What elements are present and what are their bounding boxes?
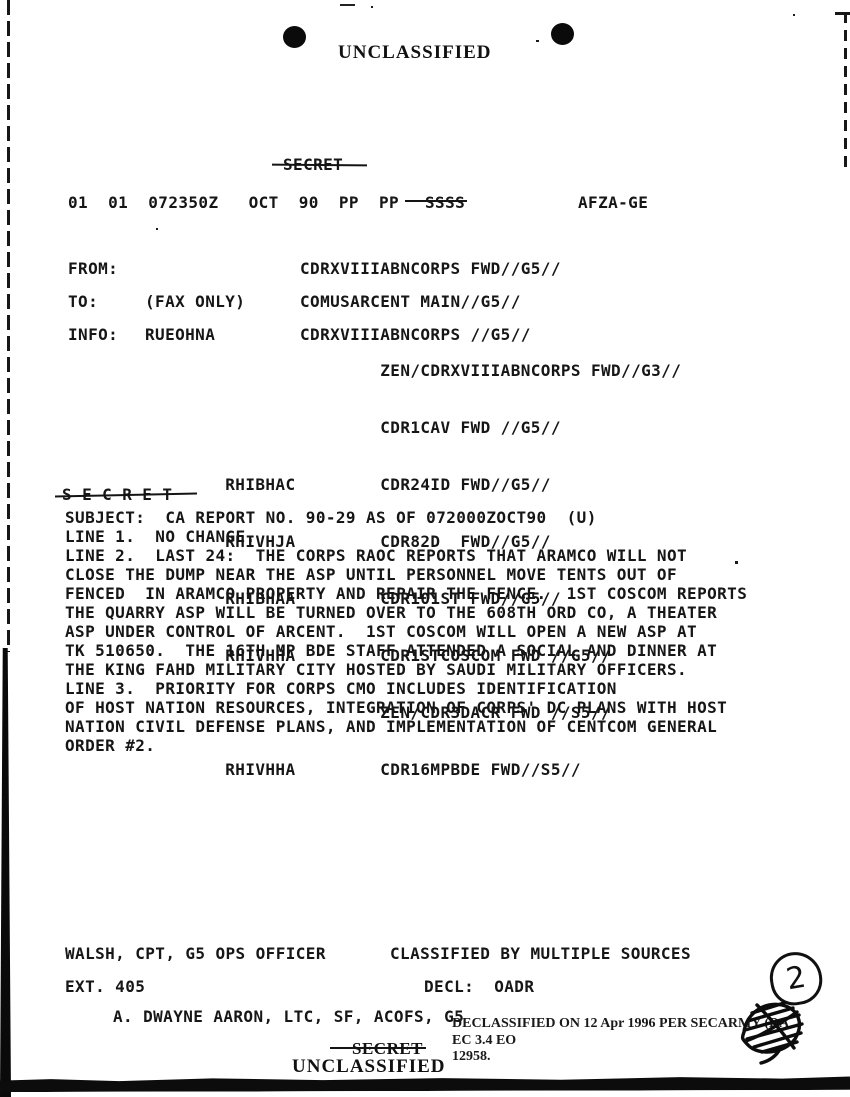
addressee: CDR1CAV FWD //G5// [380,418,561,437]
addressee: CDR16MPBDE FWD//S5// [380,760,581,779]
to-value: COMUSARCENT MAIN//G5// [300,292,521,311]
classification-code-strikethrough [405,200,467,202]
page-number-digit: 2 [784,960,809,998]
message-body-line: THE KING FAHD MILITARY CITY HOSTED BY SA… [65,660,825,679]
message-body-line: ASP UNDER CONTROL OF ARCENT. 1ST COSCOM … [65,622,825,641]
hole-punch-left [283,26,306,48]
drafter-line: WALSH, CPT, G5 OPS OFFICER [65,944,326,963]
message-body-line: LINE 3. PRIORITY FOR CORPS CMO INCLUDES … [65,679,825,698]
office-symbol: AFZA-GE [578,193,648,212]
message-body-line: TK 510650. THE 16TH MP BDE STAFF ATTENDE… [65,641,825,660]
message-body-line: ORDER #2. [65,736,825,755]
top-center-mark [340,4,355,6]
routing-indicator: RHIVHHA [225,760,380,779]
scan-speck [536,40,539,42]
message-body-line: NATION CIVIL DEFENSE PLANS, AND IMPLEMEN… [65,717,825,736]
ink-scribble-redaction [736,994,816,1066]
routing-indicator: RHIBHAC [225,475,380,494]
right-margin-dashed-line [844,12,847,174]
classification-banner-bottom: UNCLASSIFIED [292,1056,445,1078]
right-margin-corner-tick [835,12,850,15]
message-body-line: LINE 1. NO CHANGE. [65,527,825,546]
secret-bottom-strikethrough [330,1047,426,1049]
to-label: TO: [68,292,98,311]
struck-classification-code: SSSS [425,193,465,212]
message-body-line: FENCED IN ARAMCO PROPERTY AND REPAIR THE… [65,584,825,603]
scan-speck [371,6,373,8]
decl-line: DECL: OADR [424,977,534,996]
releaser-line: A. DWAYNE AARON, LTC, SF, ACOFS, G5 [113,1007,464,1026]
message-body-line: OF HOST NATION RESOURCES, INTEGRATION OF… [65,698,825,717]
bottom-scan-bar [0,1076,850,1092]
classified-by-line: CLASSIFIED BY MULTIPLE SOURCES [390,944,691,963]
scanned-document-page: UNCLASSIFIED SECRET 01 01 072350Z OCT 90… [0,0,850,1097]
left-margin-scan-bar [0,648,11,1097]
addressee: ZEN/CDRXVIIIABNCORPS FWD//G3// [380,361,681,380]
info-routing-row: RHIBHACCDR24ID FWD//G5// [145,456,705,513]
classification-banner-top: UNCLASSIFIED [338,42,491,64]
message-body-line: THE QUARRY ASP WILL BE TURNED OVER TO TH… [65,603,825,622]
addressee: CDR24ID FWD//G5// [380,475,551,494]
message-body-line: SUBJECT: CA REPORT NO. 90-29 AS OF 07200… [65,508,825,527]
info-routing-row: CDR1CAV FWD //G5// [145,399,705,456]
to-qualifier: (FAX ONLY) [145,292,245,311]
from-value: CDRXVIIIABNCORPS FWD//G5// [300,259,561,278]
message-body: SUBJECT: CA REPORT NO. 90-29 AS OF 07200… [65,508,825,755]
message-header-prefix: 01 01 072350Z OCT 90 PP PP [68,193,399,212]
from-label: FROM: [68,259,118,278]
message-body-line: CLOSE THE DUMP NEAR THE ASP UNTIL PERSON… [65,565,825,584]
extension-line: EXT. 405 [65,977,145,996]
info-routing-row: ZEN/CDRXVIIIABNCORPS FWD//G3// [145,342,705,399]
declass-text-post: EC 3.4 EO [452,1033,516,1048]
hole-punch-right [551,23,574,45]
left-margin-dashed-line [7,0,10,652]
message-body-line: LINE 2. LAST 24: THE CORPS RAOC REPORTS … [65,546,825,565]
scan-speck [793,14,795,16]
scan-speck [156,228,158,230]
info-label: INFO: [68,325,118,344]
